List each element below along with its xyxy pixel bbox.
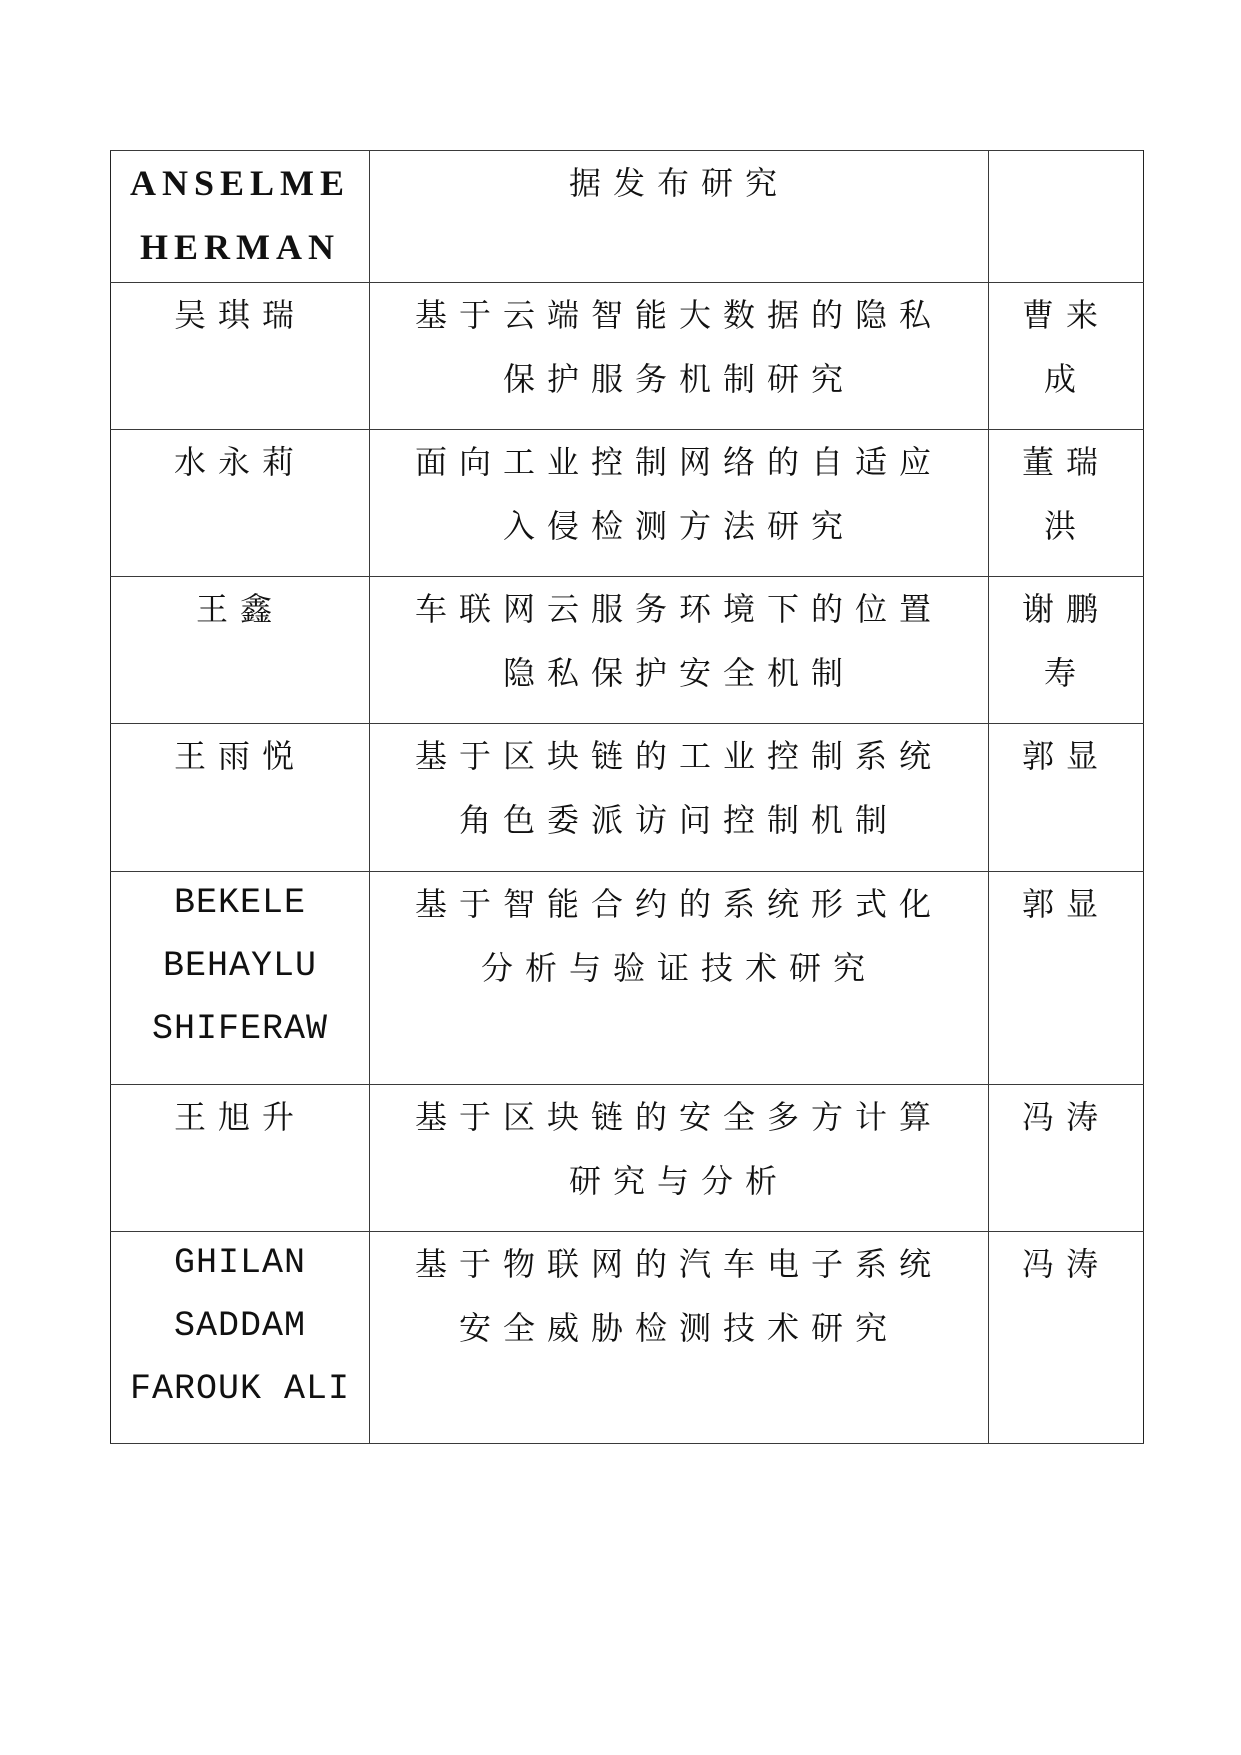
thesis-title-line: 基于云端智能大数据的隐私: [370, 283, 988, 347]
student-name-cell: 水永莉: [111, 430, 370, 577]
table-row: ANSELME HERMAN 据发布研究: [111, 151, 1144, 283]
advisor-name-line: 董瑞: [989, 430, 1143, 494]
advisor-cell: 冯涛: [989, 1085, 1144, 1232]
thesis-title-line: 面向工业控制网络的自适应: [370, 430, 988, 494]
student-name-line: ANSELME: [111, 151, 369, 215]
student-name-cell: 王旭升: [111, 1085, 370, 1232]
student-name-cell: BEKELE BEHAYLU SHIFERAW: [111, 872, 370, 1085]
student-name-cell: 吴琪瑞: [111, 283, 370, 430]
advisor-cell: 曹来 成: [989, 283, 1144, 430]
table-row: 吴琪瑞 基于云端智能大数据的隐私 保护服务机制研究 曹来 成: [111, 283, 1144, 430]
advisor-name-line: 冯涛: [989, 1232, 1143, 1296]
student-name-cell: ANSELME HERMAN: [111, 151, 370, 283]
advisor-cell: 谢鹏 寿: [989, 577, 1144, 724]
document-page: ANSELME HERMAN 据发布研究 吴琪瑞 基于云端智能大数据的隐私 保护…: [0, 0, 1241, 1755]
table-row: 王雨悦 基于区块链的工业控制系统 角色委派访问控制机制 郭显: [111, 724, 1144, 872]
student-name-line: SHIFERAW: [111, 998, 369, 1061]
advisor-name-line: 郭显: [989, 724, 1143, 788]
student-name-line: 吴琪瑞: [111, 283, 369, 347]
advisor-name-line: 谢鹏: [989, 577, 1143, 641]
student-name-line: 王旭升: [111, 1085, 369, 1149]
student-name-cell: GHILAN SADDAM FAROUK ALI: [111, 1232, 370, 1444]
advisor-cell: 冯涛: [989, 1232, 1144, 1444]
thesis-title-cell: 基于区块链的工业控制系统 角色委派访问控制机制: [370, 724, 989, 872]
thesis-title-cell: 基于云端智能大数据的隐私 保护服务机制研究: [370, 283, 989, 430]
thesis-title-cell: 面向工业控制网络的自适应 入侵检测方法研究: [370, 430, 989, 577]
thesis-title-line: 研究与分析: [370, 1149, 988, 1213]
table-row: 王鑫 车联网云服务环境下的位置 隐私保护安全机制 谢鹏 寿: [111, 577, 1144, 724]
thesis-title-line: 据发布研究: [370, 151, 988, 215]
student-name-line: GHILAN: [111, 1232, 369, 1295]
student-name-line: BEKELE: [111, 872, 369, 935]
student-name-line: SADDAM: [111, 1295, 369, 1358]
thesis-advisor-table: ANSELME HERMAN 据发布研究 吴琪瑞 基于云端智能大数据的隐私 保护…: [110, 150, 1144, 1444]
thesis-title-cell: 基于区块链的安全多方计算 研究与分析: [370, 1085, 989, 1232]
table-row: 王旭升 基于区块链的安全多方计算 研究与分析 冯涛: [111, 1085, 1144, 1232]
advisor-name-line: 成: [989, 347, 1143, 411]
table-row: BEKELE BEHAYLU SHIFERAW 基于智能合约的系统形式化 分析与…: [111, 872, 1144, 1085]
student-name-line: 王鑫: [111, 577, 369, 641]
thesis-title-cell: 基于智能合约的系统形式化 分析与验证技术研究: [370, 872, 989, 1085]
thesis-title-line: 基于区块链的安全多方计算: [370, 1085, 988, 1149]
student-name-cell: 王雨悦: [111, 724, 370, 872]
thesis-title-line: 基于区块链的工业控制系统: [370, 724, 988, 788]
thesis-title-line: 基于物联网的汽车电子系统: [370, 1232, 988, 1296]
student-name-line: BEHAYLU: [111, 935, 369, 998]
advisor-cell: 郭显: [989, 724, 1144, 872]
thesis-title-cell: 车联网云服务环境下的位置 隐私保护安全机制: [370, 577, 989, 724]
advisor-name-line: 洪: [989, 494, 1143, 558]
advisor-name-line: 冯涛: [989, 1085, 1143, 1149]
advisor-cell: [989, 151, 1144, 283]
advisor-name-line: 曹来: [989, 283, 1143, 347]
table-row: 水永莉 面向工业控制网络的自适应 入侵检测方法研究 董瑞 洪: [111, 430, 1144, 577]
thesis-title-line: 车联网云服务环境下的位置: [370, 577, 988, 641]
thesis-title-line: 隐私保护安全机制: [370, 641, 988, 705]
student-name-line: 王雨悦: [111, 724, 369, 788]
table-row: GHILAN SADDAM FAROUK ALI 基于物联网的汽车电子系统 安全…: [111, 1232, 1144, 1444]
thesis-title-line: 安全威胁检测技术研究: [370, 1296, 988, 1360]
thesis-title-line: 分析与验证技术研究: [370, 936, 988, 1000]
advisor-name-line: 郭显: [989, 872, 1143, 936]
advisor-name-line: 寿: [989, 641, 1143, 705]
thesis-title-line: 入侵检测方法研究: [370, 494, 988, 558]
thesis-title-cell: 基于物联网的汽车电子系统 安全威胁检测技术研究: [370, 1232, 989, 1444]
student-name-line: HERMAN: [111, 215, 369, 279]
thesis-title-line: 保护服务机制研究: [370, 347, 988, 411]
thesis-title-line: 角色委派访问控制机制: [370, 788, 988, 852]
student-name-line: 水永莉: [111, 430, 369, 494]
advisor-cell: 董瑞 洪: [989, 430, 1144, 577]
student-name-cell: 王鑫: [111, 577, 370, 724]
thesis-title-cell: 据发布研究: [370, 151, 989, 283]
student-name-line: FAROUK ALI: [111, 1358, 369, 1421]
thesis-title-line: 基于智能合约的系统形式化: [370, 872, 988, 936]
advisor-cell: 郭显: [989, 872, 1144, 1085]
